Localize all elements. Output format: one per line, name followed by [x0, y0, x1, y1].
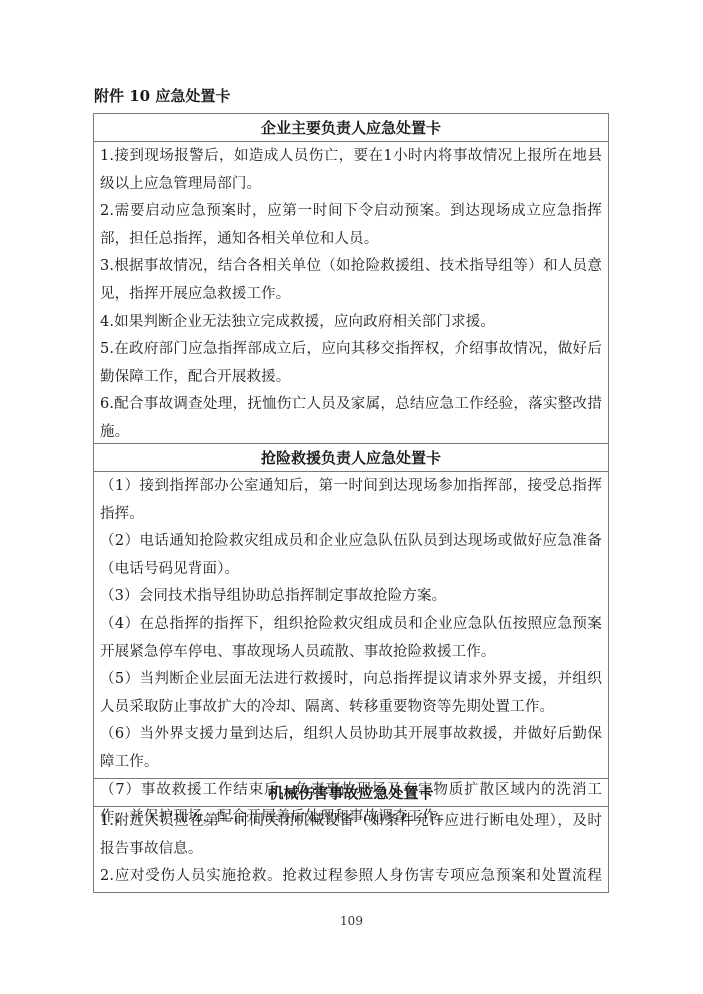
- list-item: （1）接到指挥部办公室通知后，第一时间到达现场参加指挥部，接受总指挥指挥。: [100, 473, 602, 528]
- list-item: （2）电话通知抢险救灾组成员和企业应急队伍队员到达现场或做好应急准备（电话号码见…: [100, 528, 602, 583]
- list-item: 1.附近人员应在第一时间关闭机械设备（如条件允许应进行断电处理），及时报告事故信…: [100, 808, 602, 863]
- page-heading: 附件 10 应急处置卡: [94, 86, 230, 106]
- list-item: 1.接到现场报警后，如造成人员伤亡，要在1小时内将事故情况上报所在地县级以上应急…: [100, 143, 602, 198]
- section-body-mechanical-injury: 1.附近人员应在第一时间关闭机械设备（如条件允许应进行断电处理），及时报告事故信…: [94, 807, 608, 892]
- page-number: 109: [0, 913, 703, 929]
- list-item: 4.如果判断企业无法独立完成救援，应向政府相关部门求援。: [100, 309, 602, 337]
- emergency-card-table: 企业主要负责人应急处置卡 1.接到现场报警后，如造成人员伤亡，要在1小时内将事故…: [93, 113, 609, 893]
- list-item: （4）在总指挥的指挥下，组织抢险救灾组成员和企业应急队伍按照应急预案开展紧急停车…: [100, 611, 602, 666]
- list-item: （3）会同技术指导组协助总指挥制定事故抢险方案。: [100, 583, 602, 611]
- list-item: 3.根据事故情况，结合各相关单位（如抢险救援组、技术指导组等）和人员意见，指挥开…: [100, 253, 602, 308]
- list-item: 2.应对受伤人员实施抢救。抢救过程参照人身伤害专项应急预案和处置流程卡，及: [100, 863, 602, 892]
- list-item: （6）当外界支援力量到达后，组织人员协助其开展事故救援，并做好后勤保障工作。: [100, 721, 602, 776]
- list-item: 5.在政府部门应急指挥部成立后，应向其移交指挥权，介绍事故情况，做好后勤保障工作…: [100, 336, 602, 391]
- list-item: 2.需要启动应急预案时，应第一时间下令启动预案。到达现场成立应急指挥部，担任总指…: [100, 198, 602, 253]
- section-title-main-leader: 企业主要负责人应急处置卡: [94, 114, 608, 142]
- list-item: （5）当判断企业层面无法进行救援时，向总指挥提议请求外界支援，并组织人员采取防止…: [100, 666, 602, 721]
- section-body-main-leader: 1.接到现场报警后，如造成人员伤亡，要在1小时内将事故情况上报所在地县级以上应急…: [94, 142, 608, 444]
- list-item: 6.配合事故调查处理，抚恤伤亡人员及家属，总结应急工作经验，落实整改措施。: [100, 391, 602, 446]
- section-body-rescue-leader: （1）接到指挥部办公室通知后，第一时间到达现场参加指挥部，接受总指挥指挥。 （2…: [94, 472, 608, 779]
- section-title-rescue-leader: 抢险救援负责人应急处置卡: [94, 444, 608, 472]
